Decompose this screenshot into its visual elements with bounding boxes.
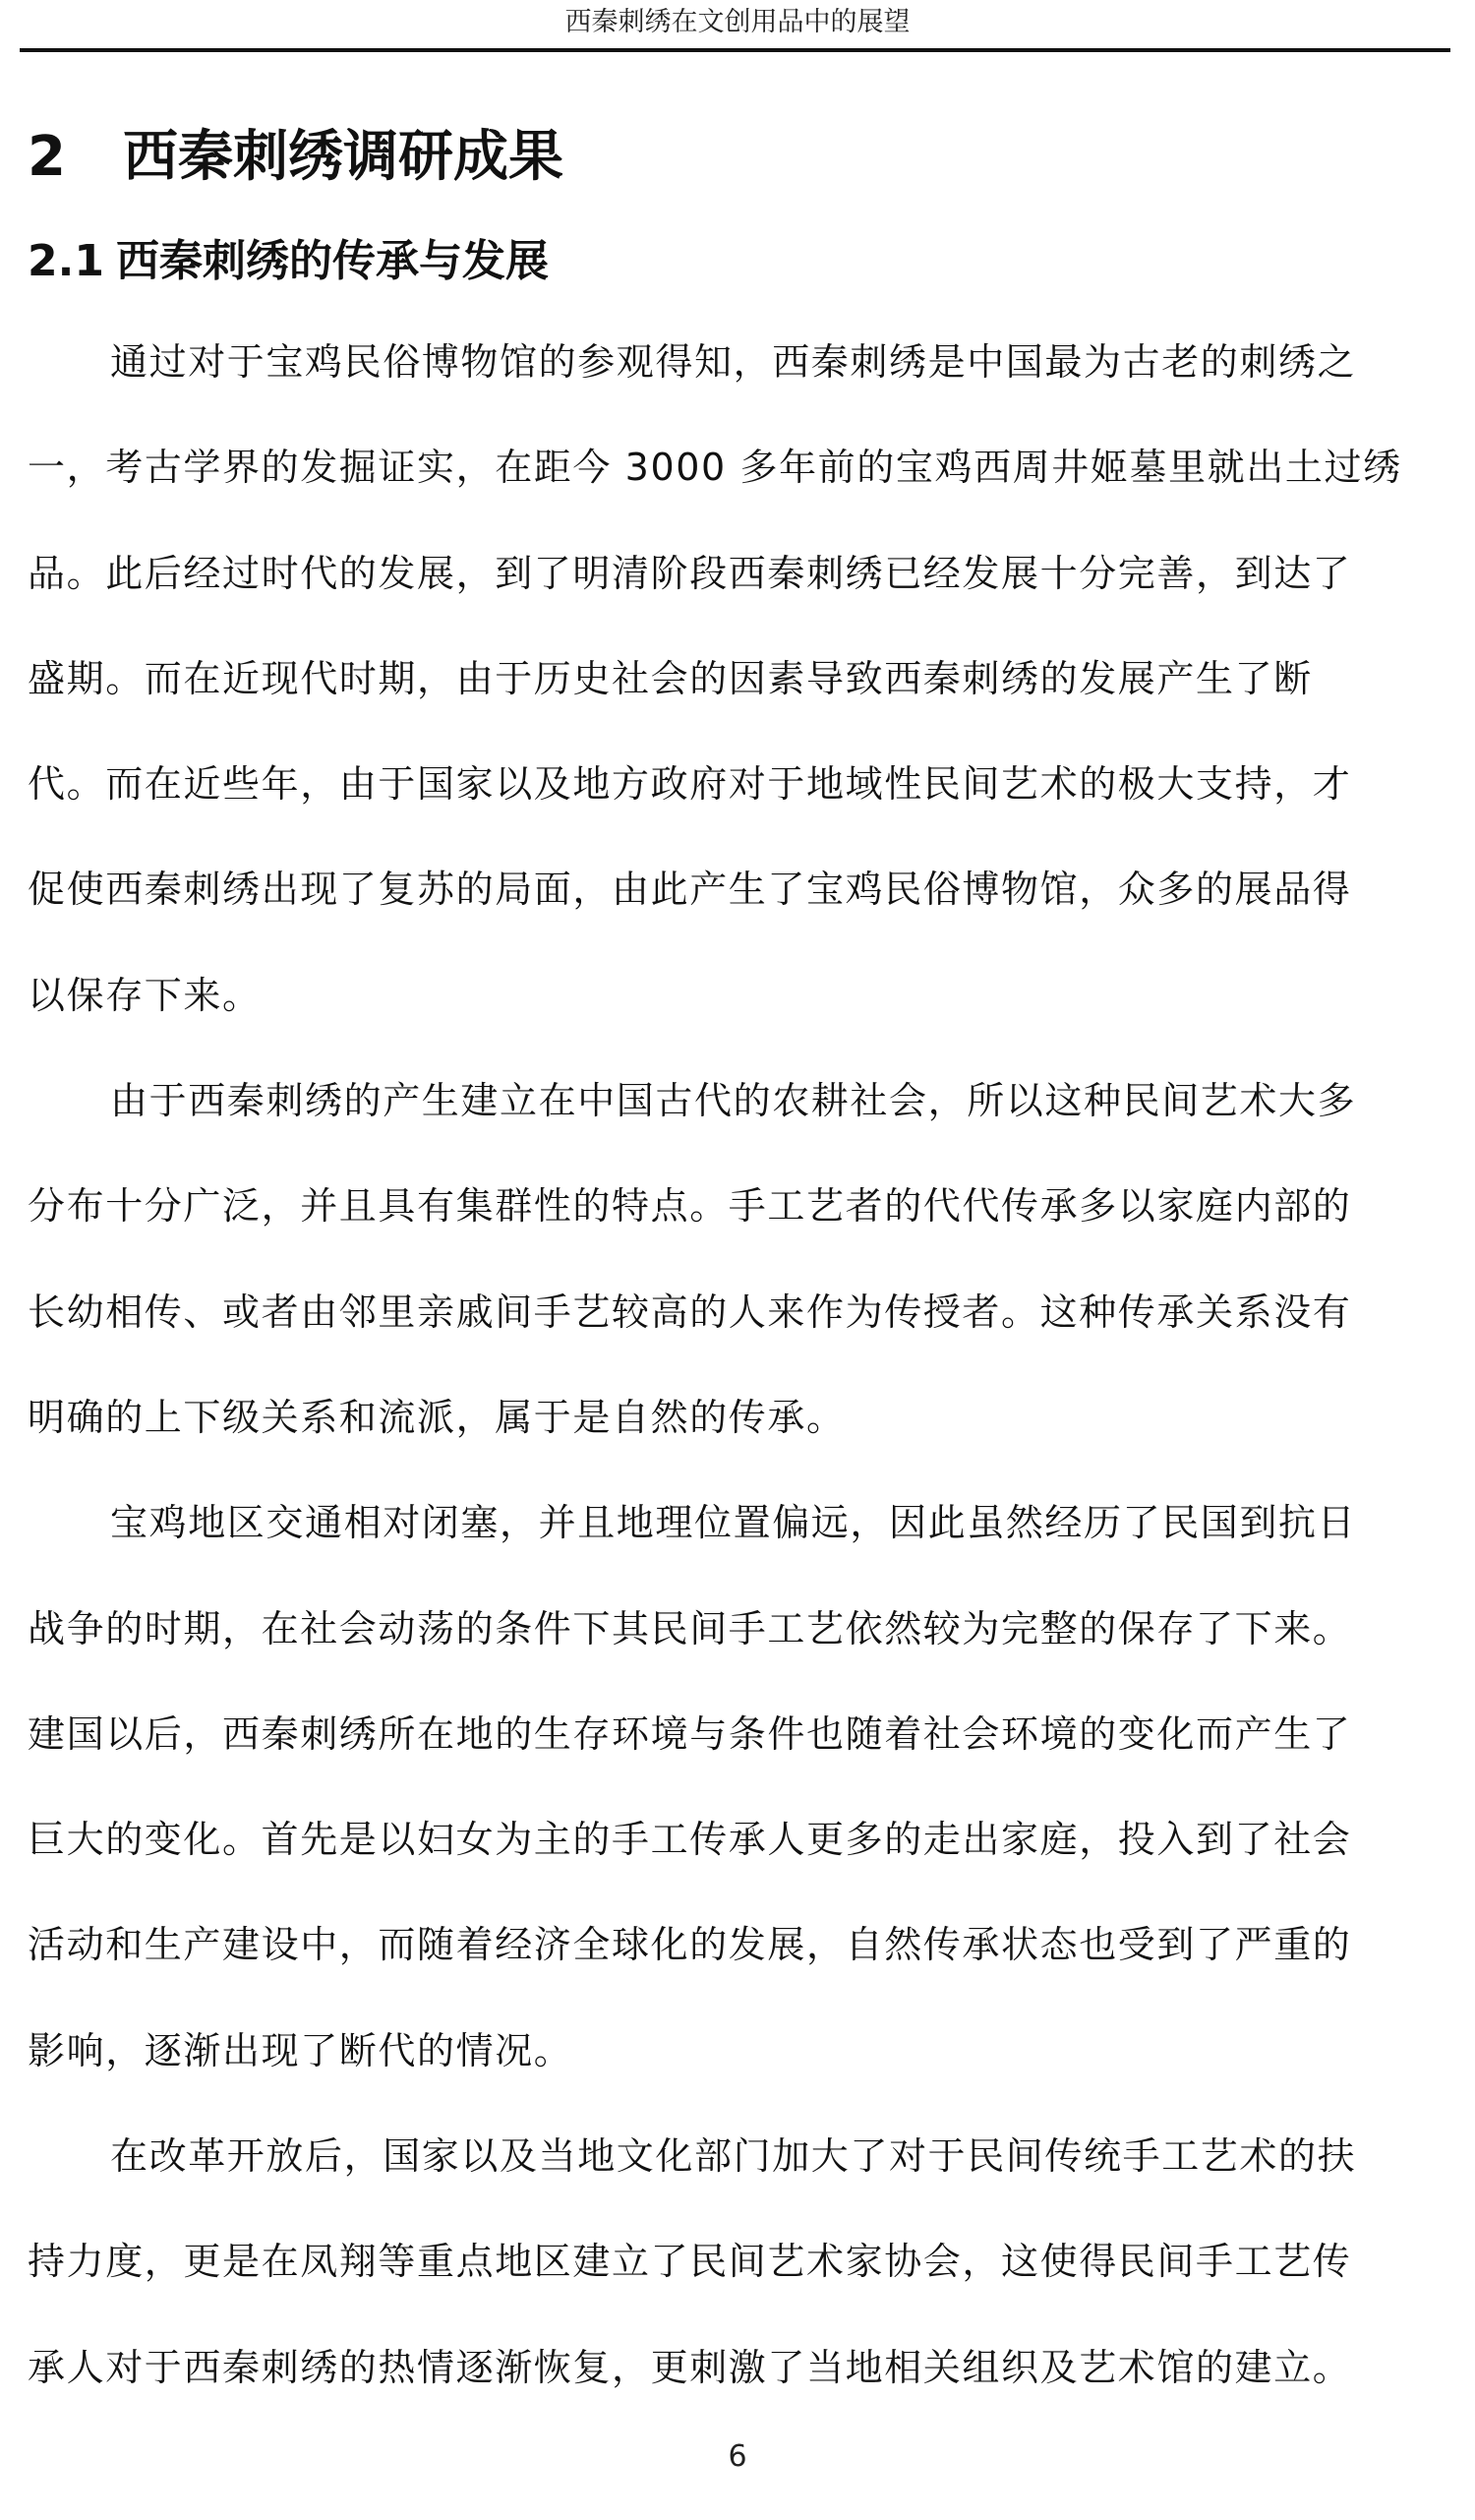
chapter-number: 2 [28, 122, 123, 193]
paragraph-line: 战争的时期，在社会动荡的条件下其民间手工艺依然较为完整的保存了下来。 [28, 1599, 1444, 1705]
paragraph: 由于西秦刺绣的产生建立在中国古代的农耕社会，所以这种民间艺术大多 分布十分广泛，… [28, 1071, 1444, 1493]
paragraph-line: 宝鸡地区交通相对闭塞，并且地理位置偏远，因此虽然经历了民国到抗日 [28, 1493, 1444, 1598]
section-heading: 2.1西秦刺绣的传承与发展 [28, 232, 549, 291]
body-text: 通过对于宝鸡民俗博物馆的参观得知，西秦刺绣是中国最为古老的刺绣之 一，考古学界的… [28, 332, 1444, 2443]
paragraph-line: 持力度，更是在凤翔等重点地区建立了民间艺术家协会，这使得民间手工艺传 [28, 2232, 1444, 2337]
paragraph-line: 活动和生产建设中，而随着经济全球化的发展，自然传承状态也受到了严重的 [28, 1915, 1444, 2020]
paragraph-line: 代。而在近些年，由于国家以及地方政府对于地域性民间艺术的极大支持，才 [28, 754, 1444, 860]
section-number: 2.1 [28, 232, 116, 291]
paragraph: 通过对于宝鸡民俗博物馆的参观得知，西秦刺绣是中国最为古老的刺绣之 一，考古学界的… [28, 332, 1444, 1071]
paragraph-line: 在改革开放后，国家以及当地文化部门加大了对于民间传统手工艺术的扶 [28, 2127, 1444, 2232]
paragraph-line: 明确的上下级关系和流派，属于是自然的传承。 [28, 1388, 1444, 1493]
chapter-heading: 2西秦刺绣调研成果 [28, 122, 563, 193]
paragraph-line: 巨大的变化。首先是以妇女为主的手工传承人更多的走出家庭，投入到了社会 [28, 1810, 1444, 1915]
paragraph-line: 通过对于宝鸡民俗博物馆的参观得知，西秦刺绣是中国最为古老的刺绣之 [28, 332, 1444, 438]
paragraph-line: 影响，逐渐出现了断代的情况。 [28, 2021, 1444, 2127]
paragraph-line: 促使西秦刺绣出现了复苏的局面，由此产生了宝鸡民俗博物馆，众多的展品得 [28, 860, 1444, 965]
paragraph-line: 由于西秦刺绣的产生建立在中国古代的农耕社会，所以这种民间艺术大多 [28, 1071, 1444, 1176]
running-header: 西秦刺绣在文创用品中的展望 [0, 6, 1475, 39]
page-number: 6 [0, 2437, 1475, 2477]
paragraph: 在改革开放后，国家以及当地文化部门加大了对于民间传统手工艺术的扶 持力度，更是在… [28, 2127, 1444, 2443]
chapter-title: 西秦刺绣调研成果 [123, 125, 563, 189]
paragraph-line: 建国以后，西秦刺绣所在地的生存环境与条件也随着社会环境的变化而产生了 [28, 1705, 1444, 1810]
paragraph: 宝鸡地区交通相对闭塞，并且地理位置偏远，因此虽然经历了民国到抗日 战争的时期，在… [28, 1493, 1444, 2127]
paragraph-line: 品。此后经过时代的发展，到了明清阶段西秦刺绣已经发展十分完善，到达了 [28, 544, 1444, 649]
paragraph-line: 一，考古学界的发掘证实，在距今 3000 多年前的宝鸡西周井姬墓里就出土过绣 [28, 438, 1444, 543]
section-title: 西秦刺绣的传承与发展 [116, 236, 549, 286]
paragraph-line: 承人对于西秦刺绣的热情逐渐恢复，更刺激了当地相关组织及艺术馆的建立。 [28, 2338, 1444, 2443]
paragraph-line: 长幼相传、或者由邻里亲戚间手艺较高的人来作为传授者。这种传承关系没有 [28, 1283, 1444, 1388]
paragraph-line: 分布十分广泛，并且具有集群性的特点。手工艺者的代代传承多以家庭内部的 [28, 1176, 1444, 1282]
header-divider [20, 48, 1450, 52]
paragraph-line: 以保存下来。 [28, 966, 1444, 1071]
paragraph-line: 盛期。而在近现代时期，由于历史社会的因素导致西秦刺绣的发展产生了断 [28, 649, 1444, 754]
